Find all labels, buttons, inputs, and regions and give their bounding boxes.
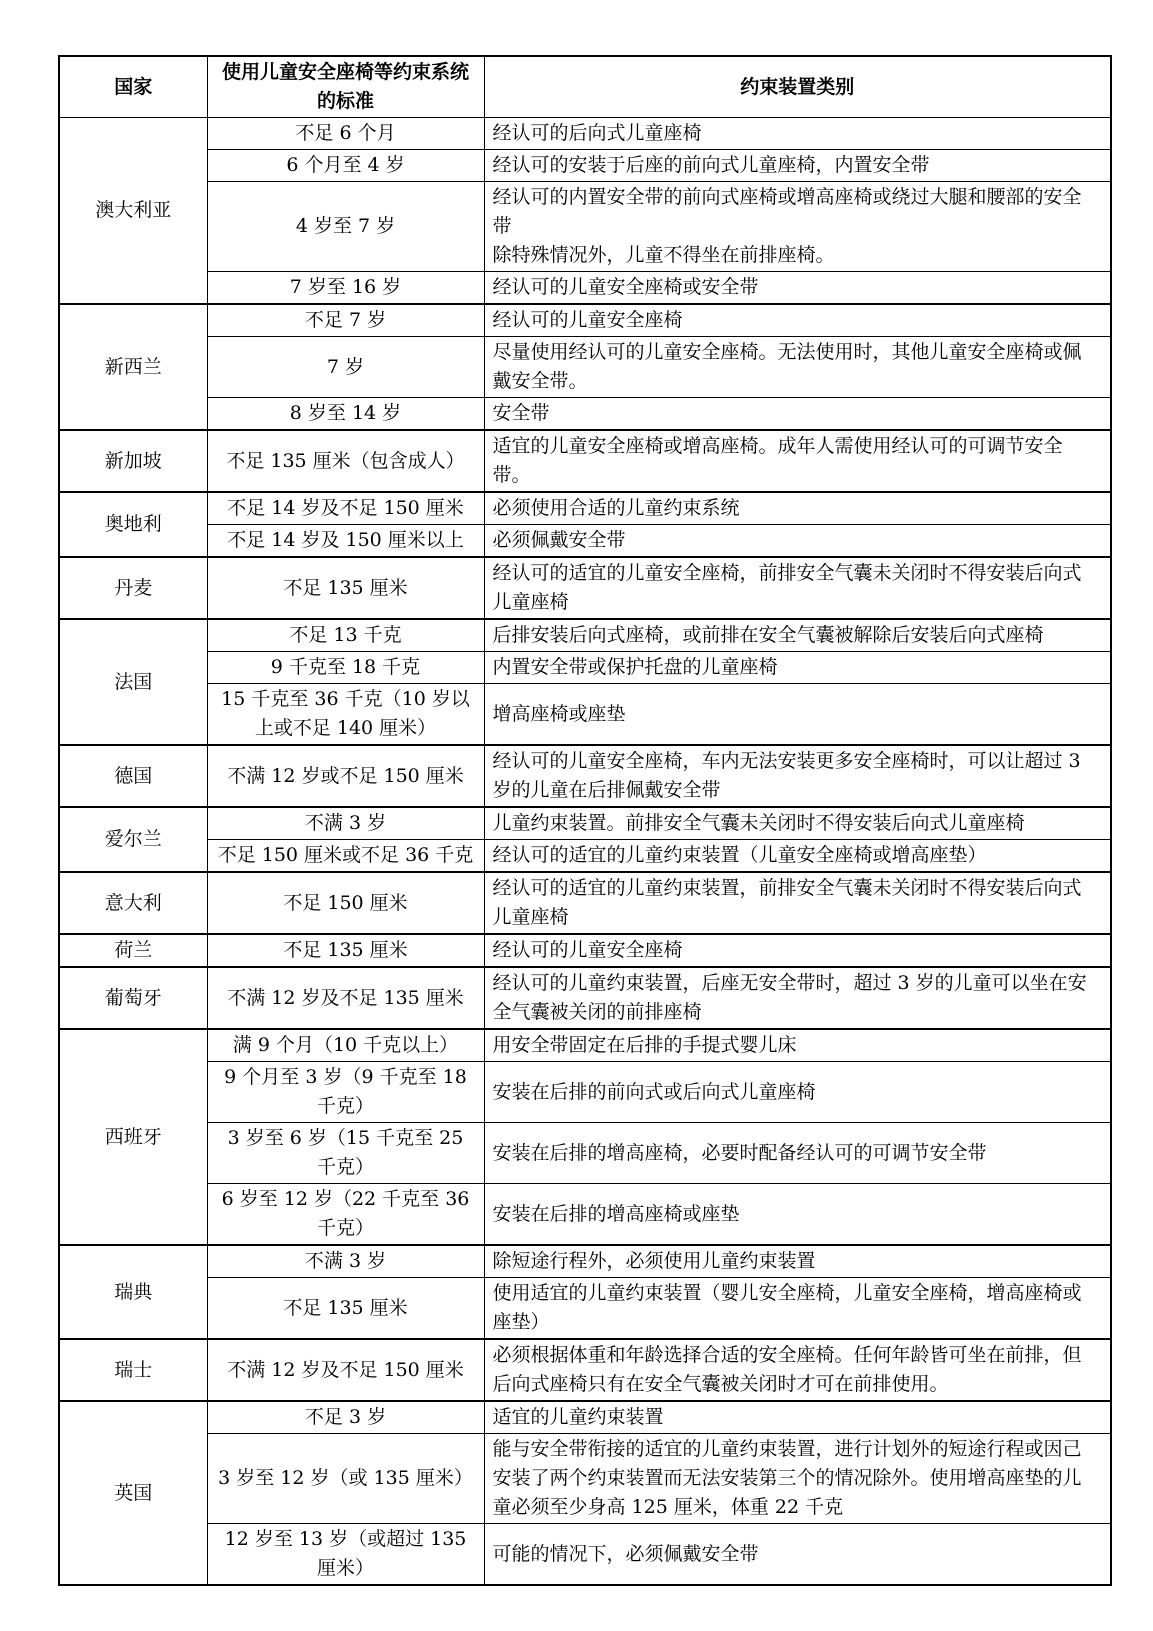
device-paragraph: 经认可的适宜的儿童约束装置（儿童安全座椅或增高座垫）	[493, 841, 1090, 870]
table-row: 瑞典不满 3 岁除短途行程外，必须使用儿童约束装置	[59, 1245, 1111, 1278]
table-header: 国家 使用儿童安全座椅等约束系统的标准 约束装置类别	[59, 56, 1111, 118]
table-row: 12 岁至 13 岁（或超过 135 厘米）可能的情况下，必须佩戴安全带	[59, 1524, 1111, 1586]
device-paragraph: 经认可的安装于后座的前向式儿童座椅，内置安全带	[493, 151, 1090, 180]
device-cell: 安装在后排的前向式或后向式儿童座椅	[484, 1062, 1111, 1123]
standard-cell: 不足 7 岁	[207, 304, 484, 337]
standard-cell: 不满 12 岁及不足 150 厘米	[207, 1339, 484, 1401]
table-row: 8 岁至 14 岁安全带	[59, 398, 1111, 431]
standard-cell: 3 岁至 6 岁（15 千克至 25 千克）	[207, 1123, 484, 1184]
standard-cell: 12 岁至 13 岁（或超过 135 厘米）	[207, 1524, 484, 1586]
table-row: 荷兰不足 135 厘米经认可的儿童安全座椅	[59, 934, 1111, 967]
table-row: 丹麦不足 135 厘米经认可的适宜的儿童安全座椅，前排安全气囊未关闭时不得安装后…	[59, 557, 1111, 619]
standard-cell: 不足 150 厘米	[207, 872, 484, 934]
country-cell: 英国	[59, 1401, 207, 1585]
country-cell: 新加坡	[59, 430, 207, 492]
device-paragraph: 安全带	[493, 399, 1090, 428]
table-row: 15 千克至 36 千克（10 岁以上或不足 140 厘米）增高座椅或座垫	[59, 684, 1111, 746]
device-cell: 安装在后排的增高座椅或座垫	[484, 1184, 1111, 1246]
header-standard: 使用儿童安全座椅等约束系统的标准	[207, 56, 484, 118]
device-paragraph: 经认可的内置安全带的前向式座椅或增高座椅或绕过大腿和腰部的安全带	[493, 183, 1090, 241]
table-row: 9 个月至 3 岁（9 千克至 18 千克）安装在后排的前向式或后向式儿童座椅	[59, 1062, 1111, 1123]
device-cell: 除短途行程外，必须使用儿童约束装置	[484, 1245, 1111, 1278]
device-paragraph: 尽量使用经认可的儿童安全座椅。无法使用时，其他儿童安全座椅或佩戴安全带。	[493, 338, 1090, 396]
country-cell: 荷兰	[59, 934, 207, 967]
table-row: 不足 135 厘米使用适宜的儿童约束装置（婴儿安全座椅，儿童安全座椅，增高座椅或…	[59, 1278, 1111, 1340]
standard-cell: 不足 6 个月	[207, 118, 484, 150]
country-cell: 葡萄牙	[59, 967, 207, 1029]
country-cell: 澳大利亚	[59, 118, 207, 305]
country-cell: 奥地利	[59, 492, 207, 557]
device-cell: 能与安全带衔接的适宜的儿童约束装置，进行计划外的短途行程或因己安装了两个约束装置…	[484, 1434, 1111, 1524]
table-row: 6 岁至 12 岁（22 千克至 36 千克）安装在后排的增高座椅或座垫	[59, 1184, 1111, 1246]
table-row: 不足 14 岁及 150 厘米以上必须佩戴安全带	[59, 525, 1111, 558]
device-paragraph: 儿童约束装置。前排安全气囊未关闭时不得安装后向式儿童座椅	[493, 809, 1090, 838]
header-device-category: 约束装置类别	[484, 56, 1111, 118]
document-page: 国家 使用儿童安全座椅等约束系统的标准 约束装置类别 澳大利亚不足 6 个月经认…	[0, 0, 1153, 1631]
device-paragraph: 经认可的儿童安全座椅或安全带	[493, 273, 1090, 302]
device-cell: 经认可的适宜的儿童约束装置（儿童安全座椅或增高座垫）	[484, 840, 1111, 873]
standard-cell: 不足 135 厘米	[207, 934, 484, 967]
standard-cell: 3 岁至 12 岁（或 135 厘米）	[207, 1434, 484, 1524]
device-cell: 必须佩戴安全带	[484, 525, 1111, 558]
standard-cell: 4 岁至 7 岁	[207, 182, 484, 272]
device-cell: 增高座椅或座垫	[484, 684, 1111, 746]
device-cell: 经认可的内置安全带的前向式座椅或增高座椅或绕过大腿和腰部的安全带除特殊情况外，儿…	[484, 182, 1111, 272]
country-cell: 西班牙	[59, 1029, 207, 1245]
country-cell: 丹麦	[59, 557, 207, 619]
standard-cell: 9 个月至 3 岁（9 千克至 18 千克）	[207, 1062, 484, 1123]
standard-cell: 不足 14 岁及 150 厘米以上	[207, 525, 484, 558]
country-cell: 意大利	[59, 872, 207, 934]
device-cell: 儿童约束装置。前排安全气囊未关闭时不得安装后向式儿童座椅	[484, 807, 1111, 840]
table-row: 新加坡不足 135 厘米（包含成人）适宜的儿童安全座椅或增高座椅。成年人需使用经…	[59, 430, 1111, 492]
device-paragraph: 内置安全带或保护托盘的儿童座椅	[493, 653, 1090, 682]
table-row: 西班牙满 9 个月（10 千克以上）用安全带固定在后排的手提式婴儿床	[59, 1029, 1111, 1062]
device-cell: 使用适宜的儿童约束装置（婴儿安全座椅，儿童安全座椅，增高座椅或座垫）	[484, 1278, 1111, 1340]
device-paragraph: 经认可的儿童安全座椅	[493, 306, 1090, 335]
device-paragraph: 安装在后排的前向式或后向式儿童座椅	[493, 1078, 1090, 1107]
device-paragraph: 必须根据体重和年龄选择合适的安全座椅。任何年龄皆可坐在前排，但后向式座椅只有在安…	[493, 1341, 1090, 1399]
device-cell: 经认可的儿童安全座椅	[484, 304, 1111, 337]
device-cell: 安装在后排的增高座椅，必要时配备经认可的可调节安全带	[484, 1123, 1111, 1184]
table-row: 法国不足 13 千克后排安装后向式座椅，或前排在安全气囊被解除后安装后向式座椅	[59, 619, 1111, 652]
device-paragraph: 必须佩戴安全带	[493, 526, 1090, 555]
device-cell: 经认可的安装于后座的前向式儿童座椅，内置安全带	[484, 150, 1111, 182]
standard-cell: 不足 14 岁及不足 150 厘米	[207, 492, 484, 525]
table-row: 德国不满 12 岁或不足 150 厘米经认可的儿童安全座椅，车内无法安装更多安全…	[59, 745, 1111, 807]
standard-cell: 不足 3 岁	[207, 1401, 484, 1434]
device-cell: 经认可的适宜的儿童安全座椅，前排安全气囊未关闭时不得安装后向式儿童座椅	[484, 557, 1111, 619]
country-cell: 新西兰	[59, 304, 207, 430]
device-paragraph: 除短途行程外，必须使用儿童约束装置	[493, 1247, 1090, 1276]
device-cell: 适宜的儿童约束装置	[484, 1401, 1111, 1434]
device-cell: 内置安全带或保护托盘的儿童座椅	[484, 652, 1111, 684]
standard-cell: 7 岁	[207, 337, 484, 398]
standard-cell: 15 千克至 36 千克（10 岁以上或不足 140 厘米）	[207, 684, 484, 746]
standard-cell: 不足 135 厘米（包含成人）	[207, 430, 484, 492]
standard-cell: 不满 3 岁	[207, 807, 484, 840]
standard-cell: 9 千克至 18 千克	[207, 652, 484, 684]
device-paragraph: 安装在后排的增高座椅，必要时配备经认可的可调节安全带	[493, 1139, 1090, 1168]
device-cell: 经认可的后向式儿童座椅	[484, 118, 1111, 150]
standard-cell: 7 岁至 16 岁	[207, 272, 484, 305]
standard-cell: 不足 150 厘米或不足 36 千克	[207, 840, 484, 873]
standard-cell: 不足 135 厘米	[207, 1278, 484, 1340]
table-row: 澳大利亚不足 6 个月经认可的后向式儿童座椅	[59, 118, 1111, 150]
device-cell: 适宜的儿童安全座椅或增高座椅。成年人需使用经认可的可调节安全带。	[484, 430, 1111, 492]
country-cell: 德国	[59, 745, 207, 807]
device-paragraph: 使用适宜的儿童约束装置（婴儿安全座椅，儿童安全座椅，增高座椅或座垫）	[493, 1279, 1090, 1337]
device-paragraph: 经认可的适宜的儿童约束装置，前排安全气囊未关闭时不得安装后向式儿童座椅	[493, 874, 1090, 932]
standard-cell: 不满 12 岁及不足 135 厘米	[207, 967, 484, 1029]
country-cell: 瑞士	[59, 1339, 207, 1401]
device-paragraph: 适宜的儿童约束装置	[493, 1403, 1090, 1432]
device-paragraph: 可能的情况下，必须佩戴安全带	[493, 1540, 1090, 1569]
header-row: 国家 使用儿童安全座椅等约束系统的标准 约束装置类别	[59, 56, 1111, 118]
device-paragraph: 必须使用合适的儿童约束系统	[493, 494, 1090, 523]
table-row: 4 岁至 7 岁经认可的内置安全带的前向式座椅或增高座椅或绕过大腿和腰部的安全带…	[59, 182, 1111, 272]
table-row: 新西兰不足 7 岁经认可的儿童安全座椅	[59, 304, 1111, 337]
table-row: 6 个月至 4 岁经认可的安装于后座的前向式儿童座椅，内置安全带	[59, 150, 1111, 182]
device-paragraph: 经认可的儿童安全座椅，车内无法安装更多安全座椅时，可以让超过 3 岁的儿童在后排…	[493, 747, 1090, 805]
table-row: 3 岁至 6 岁（15 千克至 25 千克）安装在后排的增高座椅，必要时配备经认…	[59, 1123, 1111, 1184]
device-paragraph: 经认可的儿童安全座椅	[493, 936, 1090, 965]
device-paragraph: 能与安全带衔接的适宜的儿童约束装置，进行计划外的短途行程或因己安装了两个约束装置…	[493, 1435, 1090, 1522]
device-cell: 尽量使用经认可的儿童安全座椅。无法使用时，其他儿童安全座椅或佩戴安全带。	[484, 337, 1111, 398]
device-paragraph: 用安全带固定在后排的手提式婴儿床	[493, 1031, 1090, 1060]
standard-cell: 6 岁至 12 岁（22 千克至 36 千克）	[207, 1184, 484, 1246]
table-row: 瑞士不满 12 岁及不足 150 厘米必须根据体重和年龄选择合适的安全座椅。任何…	[59, 1339, 1111, 1401]
device-cell: 可能的情况下，必须佩戴安全带	[484, 1524, 1111, 1586]
country-cell: 瑞典	[59, 1245, 207, 1339]
device-paragraph: 安装在后排的增高座椅或座垫	[493, 1200, 1090, 1229]
device-cell: 经认可的儿童安全座椅	[484, 934, 1111, 967]
device-paragraph: 经认可的儿童约束装置，后座无安全带时，超过 3 岁的儿童可以坐在安全气囊被关闭的…	[493, 969, 1090, 1027]
table-row: 7 岁尽量使用经认可的儿童安全座椅。无法使用时，其他儿童安全座椅或佩戴安全带。	[59, 337, 1111, 398]
standard-cell: 不足 13 千克	[207, 619, 484, 652]
device-paragraph: 增高座椅或座垫	[493, 700, 1090, 729]
device-cell: 经认可的儿童约束装置，后座无安全带时，超过 3 岁的儿童可以坐在安全气囊被关闭的…	[484, 967, 1111, 1029]
device-cell: 用安全带固定在后排的手提式婴儿床	[484, 1029, 1111, 1062]
device-cell: 经认可的儿童安全座椅或安全带	[484, 272, 1111, 305]
table-body: 澳大利亚不足 6 个月经认可的后向式儿童座椅6 个月至 4 岁经认可的安装于后座…	[59, 118, 1111, 1586]
standard-cell: 不满 12 岁或不足 150 厘米	[207, 745, 484, 807]
standard-cell: 不满 3 岁	[207, 1245, 484, 1278]
country-cell: 法国	[59, 619, 207, 745]
table-row: 葡萄牙不满 12 岁及不足 135 厘米经认可的儿童约束装置，后座无安全带时，超…	[59, 967, 1111, 1029]
table-row: 不足 150 厘米或不足 36 千克经认可的适宜的儿童约束装置（儿童安全座椅或增…	[59, 840, 1111, 873]
table-row: 7 岁至 16 岁经认可的儿童安全座椅或安全带	[59, 272, 1111, 305]
device-paragraph: 适宜的儿童安全座椅或增高座椅。成年人需使用经认可的可调节安全带。	[493, 432, 1090, 490]
table-row: 爱尔兰不满 3 岁儿童约束装置。前排安全气囊未关闭时不得安装后向式儿童座椅	[59, 807, 1111, 840]
device-cell: 必须使用合适的儿童约束系统	[484, 492, 1111, 525]
device-cell: 后排安装后向式座椅，或前排在安全气囊被解除后安装后向式座椅	[484, 619, 1111, 652]
country-cell: 爱尔兰	[59, 807, 207, 872]
device-cell: 安全带	[484, 398, 1111, 431]
table-row: 3 岁至 12 岁（或 135 厘米）能与安全带衔接的适宜的儿童约束装置，进行计…	[59, 1434, 1111, 1524]
table-row: 英国不足 3 岁适宜的儿童约束装置	[59, 1401, 1111, 1434]
header-country: 国家	[59, 56, 207, 118]
device-paragraph: 除特殊情况外，儿童不得坐在前排座椅。	[493, 241, 1090, 270]
standard-cell: 6 个月至 4 岁	[207, 150, 484, 182]
device-cell: 经认可的适宜的儿童约束装置，前排安全气囊未关闭时不得安装后向式儿童座椅	[484, 872, 1111, 934]
standard-cell: 8 岁至 14 岁	[207, 398, 484, 431]
standard-cell: 不足 135 厘米	[207, 557, 484, 619]
table-row: 奥地利不足 14 岁及不足 150 厘米必须使用合适的儿童约束系统	[59, 492, 1111, 525]
child-restraint-regulations-table: 国家 使用儿童安全座椅等约束系统的标准 约束装置类别 澳大利亚不足 6 个月经认…	[58, 55, 1112, 1586]
device-cell: 经认可的儿童安全座椅，车内无法安装更多安全座椅时，可以让超过 3 岁的儿童在后排…	[484, 745, 1111, 807]
standard-cell: 满 9 个月（10 千克以上）	[207, 1029, 484, 1062]
table-row: 意大利不足 150 厘米经认可的适宜的儿童约束装置，前排安全气囊未关闭时不得安装…	[59, 872, 1111, 934]
device-cell: 必须根据体重和年龄选择合适的安全座椅。任何年龄皆可坐在前排，但后向式座椅只有在安…	[484, 1339, 1111, 1401]
device-paragraph: 经认可的后向式儿童座椅	[493, 119, 1090, 148]
device-paragraph: 经认可的适宜的儿童安全座椅，前排安全气囊未关闭时不得安装后向式儿童座椅	[493, 559, 1090, 617]
device-paragraph: 后排安装后向式座椅，或前排在安全气囊被解除后安装后向式座椅	[493, 621, 1090, 650]
table-row: 9 千克至 18 千克内置安全带或保护托盘的儿童座椅	[59, 652, 1111, 684]
